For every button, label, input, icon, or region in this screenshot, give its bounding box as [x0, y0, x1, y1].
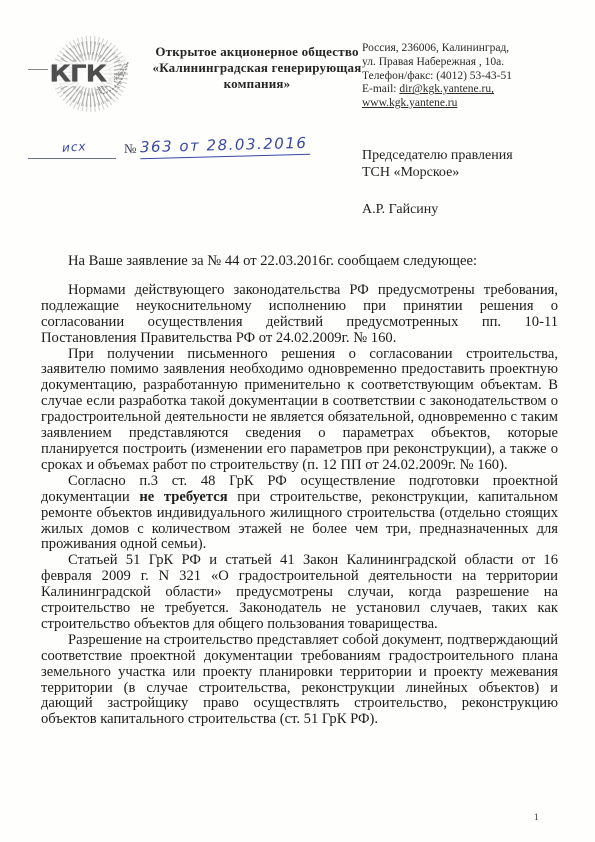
- addressee-name: А.Р. Гайсину: [362, 201, 572, 218]
- letter-intro: На Ваше заявление за № 44 от 22.03.2016г…: [41, 254, 558, 270]
- company-contact-block: Россия, 236006, Калининград, ул. Правая …: [362, 42, 572, 111]
- addressee-title: Председателю правления: [362, 147, 572, 164]
- handwritten-outgoing-prefix: исх: [62, 139, 87, 155]
- company-name-line: Открытое акционерное общество: [148, 44, 366, 60]
- letter-paragraph: Разрешение на строительство представляет…: [41, 633, 558, 728]
- reference-blank-line: [28, 158, 116, 159]
- logo-left-dash: [28, 69, 48, 70]
- letter-paragraph: Нормами действующего законодательства РФ…: [41, 283, 558, 347]
- email-label: E-mail:: [362, 83, 399, 95]
- company-website: www.kgk.yantene.ru: [362, 97, 572, 111]
- company-phone: Телефон/факс: (4012) 53-43-51: [362, 70, 572, 84]
- scanned-letter-page: КГК Открытое акционерное общество «Калин…: [0, 0, 595, 842]
- page-number: 1: [534, 812, 539, 822]
- letter-paragraph: Статьей 51 ГрК РФ и статьей 41 Закон Кал…: [41, 553, 558, 633]
- addressee-organization: ТСН «Морское»: [362, 164, 572, 181]
- letter-paragraph: При получении письменного решения о согл…: [41, 347, 558, 474]
- handwritten-outgoing-number: 363 от 28.03.2016: [140, 134, 310, 159]
- company-name-line: «Калининградская генерирующая: [148, 60, 366, 76]
- company-address-line1: Россия, 236006, Калининград,: [362, 42, 572, 56]
- company-email-line: E-mail: dir@kgk.yantene.ru,: [362, 83, 572, 97]
- letter-body: На Ваше заявление за № 44 от 22.03.2016г…: [41, 254, 558, 728]
- addressee-block: Председателю правления ТСН «Морское» А.Р…: [362, 147, 572, 218]
- number-sign: №: [124, 141, 136, 157]
- outgoing-reference-line: исх № 363 от 28.03.2016: [28, 132, 328, 166]
- company-name: Открытое акционерное общество «Калинингр…: [148, 44, 366, 92]
- company-name-line: компания»: [148, 76, 366, 92]
- company-email: dir@kgk.yantene.ru,: [399, 83, 494, 95]
- company-address-line2: ул. Правая Набережная , 10а.: [362, 56, 572, 70]
- logo-letters: КГК: [49, 61, 106, 88]
- paragraph-segment-bold: не требуется: [139, 489, 227, 505]
- letter-paragraph: Согласно п.3 ст. 48 ГрК РФ осуществление…: [41, 474, 558, 554]
- company-logo: КГК: [28, 36, 168, 126]
